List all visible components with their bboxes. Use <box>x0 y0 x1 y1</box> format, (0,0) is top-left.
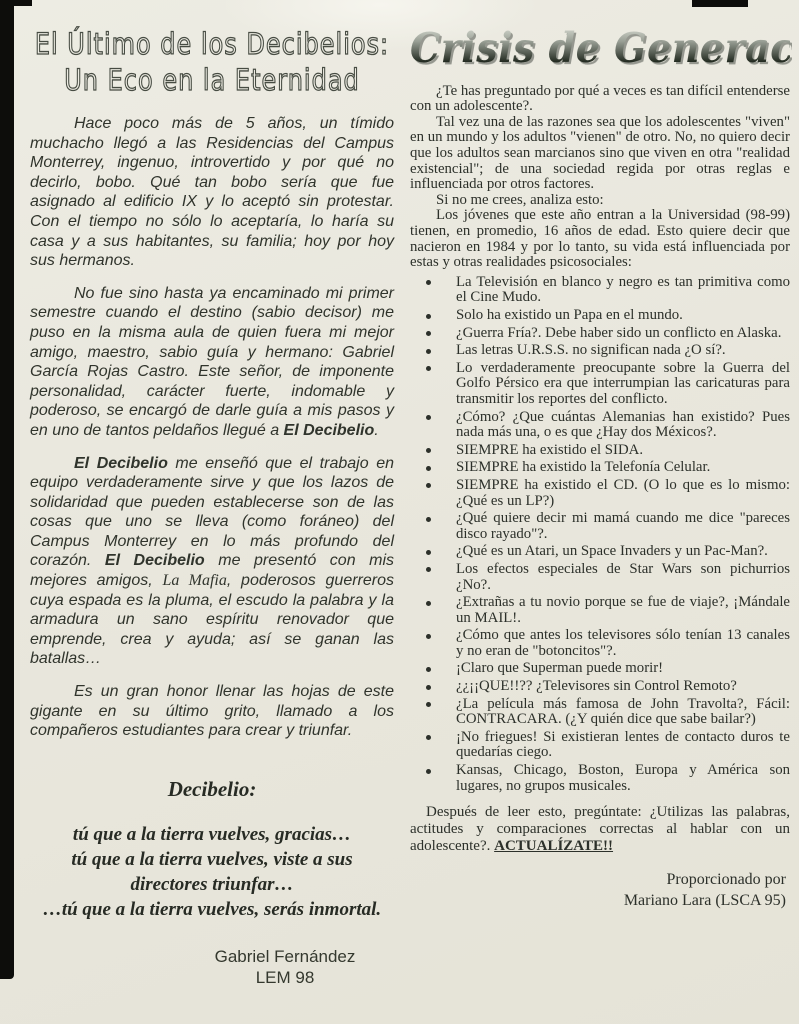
scan-mark-top-right <box>692 0 748 7</box>
closing-emphasis: ACTUALÍZATE!! <box>494 838 613 854</box>
bullet-item: SIEMPRE ha existido la Telefonía Celular… <box>410 460 790 476</box>
bullet-item: ¿La película más famosa de John Travolta… <box>410 697 790 728</box>
poem-title: Decibelio: <box>30 777 394 802</box>
intro-paragraphs: ¿Te has preguntado por qué a veces es ta… <box>410 84 790 271</box>
emphasis-text: El Decibelio <box>74 455 168 472</box>
intro-paragraph: ¿Te has preguntado por qué a veces es ta… <box>410 84 790 115</box>
author-signature: Gabriel Fernández LEM 98 <box>200 946 370 988</box>
scanned-magazine-page: El Último de los Decibelios: Un Eco en l… <box>0 0 799 1024</box>
intro-paragraph: Si no me crees, analiza esto: <box>410 193 790 209</box>
poem-lines: tú que a la tierra vuelves, gracias…tú q… <box>30 822 394 922</box>
closing-paragraph: Después de leer esto, pregúntate: ¿Utili… <box>410 804 790 855</box>
left-title-line2: Un Eco en la Eternidad <box>30 58 394 102</box>
body-text: . <box>374 422 378 439</box>
bullet-item: SIEMPRE ha existido el CD. (O lo que es … <box>410 478 790 509</box>
left-paragraph: Es un gran honor llenar las hojas de est… <box>30 682 394 741</box>
left-paragraph: El Decibelio me enseñó que el trabajo en… <box>30 454 394 670</box>
scan-mark-top-left <box>14 0 32 6</box>
left-paragraph: No fue sino hasta ya encaminado mi prime… <box>30 284 394 441</box>
article-crisis-de-generacion: Crisis de Generación ¿Te has preguntado … <box>410 22 790 911</box>
intro-paragraph: Los jóvenes que este año entran a la Uni… <box>410 208 790 270</box>
bullet-item: SIEMPRE ha existido el SIDA. <box>410 443 790 459</box>
credit-line2: Mariano Lara (LSCA 95) <box>410 890 786 911</box>
scan-edge-left <box>0 0 14 979</box>
bullet-item: Lo verdaderamente preocupante sobre la G… <box>410 361 790 408</box>
author-class: LEM 98 <box>200 967 370 988</box>
credit-line1: Proporcionado por <box>410 869 786 890</box>
left-article-body: Hace poco más de 5 años, un tímido mucha… <box>30 114 394 741</box>
poem-line: directores triunfar… <box>30 872 394 897</box>
article-decibelios: El Último de los Decibelios: Un Eco en l… <box>30 26 394 988</box>
left-paragraph: Hace poco más de 5 años, un tímido mucha… <box>30 114 394 271</box>
bullet-item: ¿Cómo? ¿Que cuántas Alemanias han existi… <box>410 410 790 441</box>
bullet-item: ¿Guerra Fría?. Debe haber sido un confli… <box>410 326 790 342</box>
bullet-item: Los efectos especiales de Star Wars son … <box>410 562 790 593</box>
emphasis-text: El Decibelio <box>284 422 375 439</box>
poem-block: Decibelio: tú que a la tierra vuelves, g… <box>30 777 394 922</box>
credit-block: Proporcionado por Mariano Lara (LSCA 95) <box>410 869 790 911</box>
author-name: Gabriel Fernández <box>200 946 370 967</box>
body-text: La Mafia <box>162 572 226 589</box>
poem-line: …tú que a la tierra vuelves, serás inmor… <box>30 897 394 922</box>
emphasis-text: El Decibelio <box>105 552 205 569</box>
intro-paragraph: Tal vez una de las razones sea que los a… <box>410 115 790 193</box>
bullet-item: ¡No friegues! Si existieran lentes de co… <box>410 730 790 761</box>
body-text: No fue sino hasta ya encaminado mi prime… <box>30 285 394 439</box>
bullet-item: ¿Qué quiere decir mi mamá cuando me dice… <box>410 511 790 542</box>
poem-line: tú que a la tierra vuelves, gracias… <box>30 822 394 847</box>
bullet-item: ¿Qué es un Atari, un Space Invaders y un… <box>410 544 790 560</box>
bullet-item: ¿Cómo que antes los televisores sólo ten… <box>410 628 790 659</box>
poem-line: tú que a la tierra vuelves, viste a sus <box>30 847 394 872</box>
bullet-item: ¿Extrañas a tu novio porque se fue de vi… <box>410 595 790 626</box>
bullet-item: Kansas, Chicago, Boston, Europa y Améric… <box>410 763 790 794</box>
right-article-title: Crisis de Generación <box>410 24 790 71</box>
bullet-list: La Televisión en blanco y negro es tan p… <box>410 275 790 794</box>
bullet-item: Las letras U.R.S.S. no significan nada ¿… <box>410 343 790 359</box>
bullet-item: La Televisión en blanco y negro es tan p… <box>410 275 790 306</box>
body-text: Hace poco más de 5 años, un tímido mucha… <box>30 115 394 269</box>
bullet-item: ¡Claro que Superman puede morir! <box>410 661 790 677</box>
bullet-item: ¿¿¡¡QUE!!?? ¿Televisores sin Control Rem… <box>410 679 790 695</box>
body-text: Es un gran honor llenar las hojas de est… <box>30 683 394 739</box>
left-article-title: El Último de los Decibelios: Un Eco en l… <box>30 26 394 98</box>
bullet-item: Solo ha existido un Papa en el mundo. <box>410 308 790 324</box>
